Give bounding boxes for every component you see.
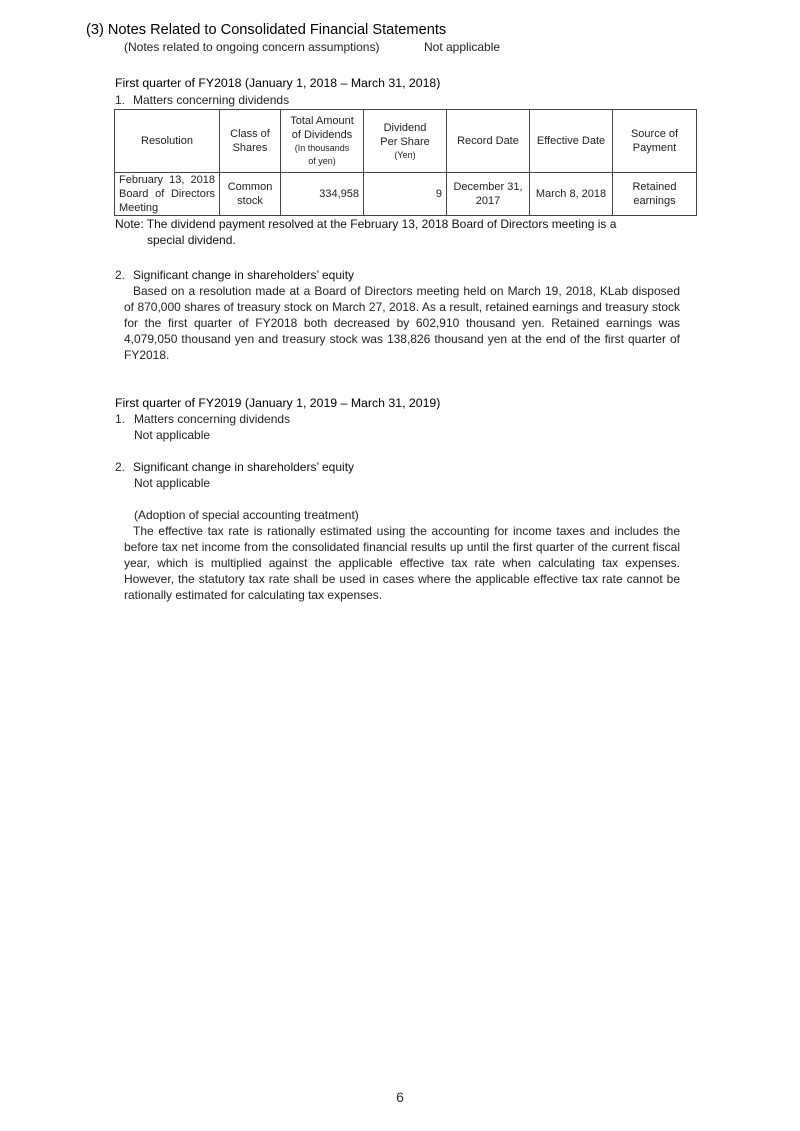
header-source-of-payment: Source ofPayment [613, 110, 697, 173]
dividend-note-line1: Note: The dividend payment resolved at t… [115, 217, 616, 231]
fy2018-item2-body: Based on a resolution made at a Board of… [124, 283, 680, 363]
dividends-table: Resolution Class ofShares Total Amountof… [114, 109, 697, 216]
section-title: (3) Notes Related to Consolidated Financ… [86, 22, 446, 38]
cell-source: Retainedearnings [613, 173, 697, 216]
fy2019-item1-number: 1. [115, 412, 125, 426]
dividend-note-line2: special dividend. [147, 233, 236, 247]
fy2019-item2-title: Significant change in shareholders’ equi… [133, 460, 354, 474]
fy2019-item2-number: 2. [115, 460, 125, 474]
header-effective-date: Effective Date [530, 110, 613, 173]
cell-record-date: December 31,2017 [447, 173, 530, 216]
fy2018-heading: First quarter of FY2018 (January 1, 2018… [115, 76, 440, 90]
fy2019-heading: First quarter of FY2019 (January 1, 2019… [115, 396, 440, 410]
cell-resolution: February 13, 2018Board of DirectorsMeeti… [115, 173, 220, 216]
fy2019-item1-title: Matters concerning dividends [134, 412, 290, 426]
header-class-of-shares: Class ofShares [220, 110, 281, 173]
fy2018-item1-number: 1. [115, 93, 125, 107]
going-concern-value: Not applicable [424, 40, 500, 54]
cell-dividend-per-share: 9 [364, 173, 447, 216]
fy2019-item2-value: Not applicable [134, 476, 210, 490]
page-number: 6 [0, 1089, 800, 1105]
fy2018-item2-title: Significant change in shareholders’ equi… [133, 268, 354, 282]
header-record-date: Record Date [447, 110, 530, 173]
special-accounting-body: The effective tax rate is rationally est… [124, 523, 680, 603]
table-header-row: Resolution Class ofShares Total Amountof… [115, 110, 697, 173]
cell-effective-date: March 8, 2018 [530, 173, 613, 216]
fy2019-item1-value: Not applicable [134, 428, 210, 442]
header-dividend-per-share: DividendPer Share(Yen) [364, 110, 447, 173]
header-resolution: Resolution [115, 110, 220, 173]
header-total-amount: Total Amountof Dividends(In thousandsof … [281, 110, 364, 173]
fy2018-item2-number: 2. [115, 268, 125, 282]
table-row: February 13, 2018Board of DirectorsMeeti… [115, 173, 697, 216]
going-concern-label: (Notes related to ongoing concern assump… [124, 40, 379, 54]
special-accounting-title: (Adoption of special accounting treatmen… [134, 508, 359, 522]
cell-total-amount: 334,958 [281, 173, 364, 216]
fy2018-item1-title: Matters concerning dividends [133, 93, 289, 107]
cell-class: Commonstock [220, 173, 281, 216]
